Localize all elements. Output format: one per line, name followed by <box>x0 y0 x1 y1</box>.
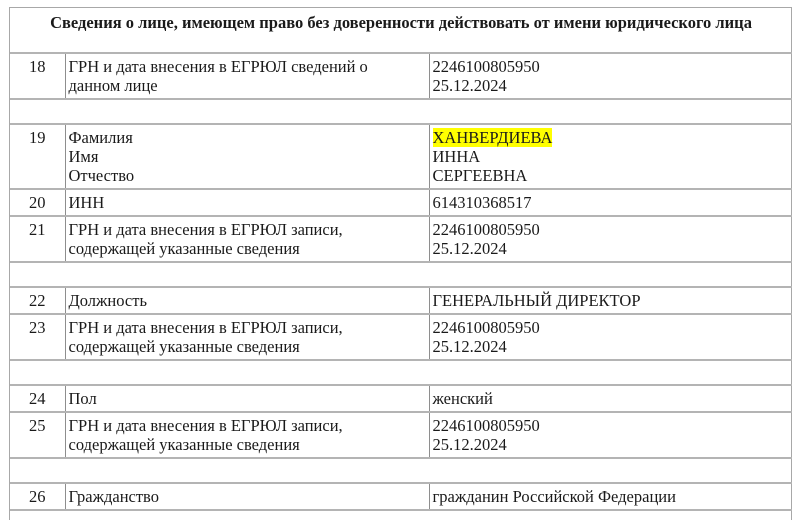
row-number: 20 <box>10 189 65 216</box>
patronymic-value: СЕРГЕЕВНА <box>433 166 793 185</box>
row-number: 22 <box>10 287 65 314</box>
row-value: 2246100805950 25.12.2024 <box>429 53 792 99</box>
row-value: гражданин Российской Федерации <box>429 483 792 510</box>
grn-value: 2246100805950 <box>433 220 793 239</box>
row-value: ГЕНЕРАЛЬНЫЙ ДИРЕКТОР <box>429 287 792 314</box>
row-label: ГРН и дата внесения в ЕГРЮЛ записи, соде… <box>65 216 429 262</box>
table-row: 25 ГРН и дата внесения в ЕГРЮЛ записи, с… <box>10 412 792 458</box>
table-row: 24 Пол женский <box>10 385 792 412</box>
section-title: Сведения о лице, имеющем право без довер… <box>10 8 792 53</box>
spacer-row <box>10 360 792 385</box>
table-row: 22 Должность ГЕНЕРАЛЬНЫЙ ДИРЕКТОР <box>10 287 792 314</box>
row-number: 26 <box>10 483 65 510</box>
row-value: 2246100805950 25.12.2024 <box>429 314 792 360</box>
row-value: 2246100805950 25.12.2024 <box>429 412 792 458</box>
grn-value: 2246100805950 <box>433 416 793 435</box>
row-value: 2246100805950 25.12.2024 <box>429 216 792 262</box>
grn-value: 2246100805950 <box>433 57 793 76</box>
row-number: 18 <box>10 53 65 99</box>
person-info-table: Сведения о лице, имеющем право без довер… <box>10 8 792 511</box>
row-label: Пол <box>65 385 429 412</box>
spacer-row <box>10 99 792 124</box>
table-row: 20 ИНН 614310368517 <box>10 189 792 216</box>
table-row: 23 ГРН и дата внесения в ЕГРЮЛ записи, с… <box>10 314 792 360</box>
table-row: 21 ГРН и дата внесения в ЕГРЮЛ записи, с… <box>10 216 792 262</box>
surname-label: Фамилия <box>69 128 429 147</box>
date-value: 25.12.2024 <box>433 76 793 95</box>
row-label: ИНН <box>65 189 429 216</box>
row-number: 19 <box>10 124 65 189</box>
row-value: 614310368517 <box>429 189 792 216</box>
row-label: ГРН и дата внесения в ЕГРЮЛ сведений о д… <box>65 53 429 99</box>
row-label: Гражданство <box>65 483 429 510</box>
grn-value: 2246100805950 <box>433 318 793 337</box>
patronymic-label: Отчество <box>69 166 429 185</box>
gender-value: женский <box>433 389 793 408</box>
row-number: 21 <box>10 216 65 262</box>
first-name-label: Имя <box>69 147 429 166</box>
date-value: 25.12.2024 <box>433 435 793 454</box>
row-label: Фамилия Имя Отчество <box>65 124 429 189</box>
row-label: Должность <box>65 287 429 314</box>
position-value: ГЕНЕРАЛЬНЫЙ ДИРЕКТОР <box>433 291 793 310</box>
first-name-value: ИННА <box>433 147 793 166</box>
inn-value: 614310368517 <box>433 193 793 212</box>
row-number: 24 <box>10 385 65 412</box>
row-number: 23 <box>10 314 65 360</box>
section-header-row: Сведения о лице, имеющем право без довер… <box>10 8 792 53</box>
citizenship-value: гражданин Российской Федерации <box>433 487 793 506</box>
spacer-row <box>10 458 792 483</box>
row-value: ХАНВЕРДИЕВА ИННА СЕРГЕЕВНА <box>429 124 792 189</box>
row-number: 25 <box>10 412 65 458</box>
table-row: 18 ГРН и дата внесения в ЕГРЮЛ сведений … <box>10 53 792 99</box>
egrul-extract-sheet: Сведения о лице, имеющем право без довер… <box>9 7 792 520</box>
surname-value-highlighted: ХАНВЕРДИЕВА <box>433 128 553 147</box>
date-value: 25.12.2024 <box>433 239 793 258</box>
row-label: ГРН и дата внесения в ЕГРЮЛ записи, соде… <box>65 412 429 458</box>
row-label: ГРН и дата внесения в ЕГРЮЛ записи, соде… <box>65 314 429 360</box>
spacer-row <box>10 262 792 287</box>
table-row: 19 Фамилия Имя Отчество ХАНВЕРДИЕВА ИННА… <box>10 124 792 189</box>
row-value: женский <box>429 385 792 412</box>
date-value: 25.12.2024 <box>433 337 793 356</box>
table-row: 26 Гражданство гражданин Российской Феде… <box>10 483 792 510</box>
